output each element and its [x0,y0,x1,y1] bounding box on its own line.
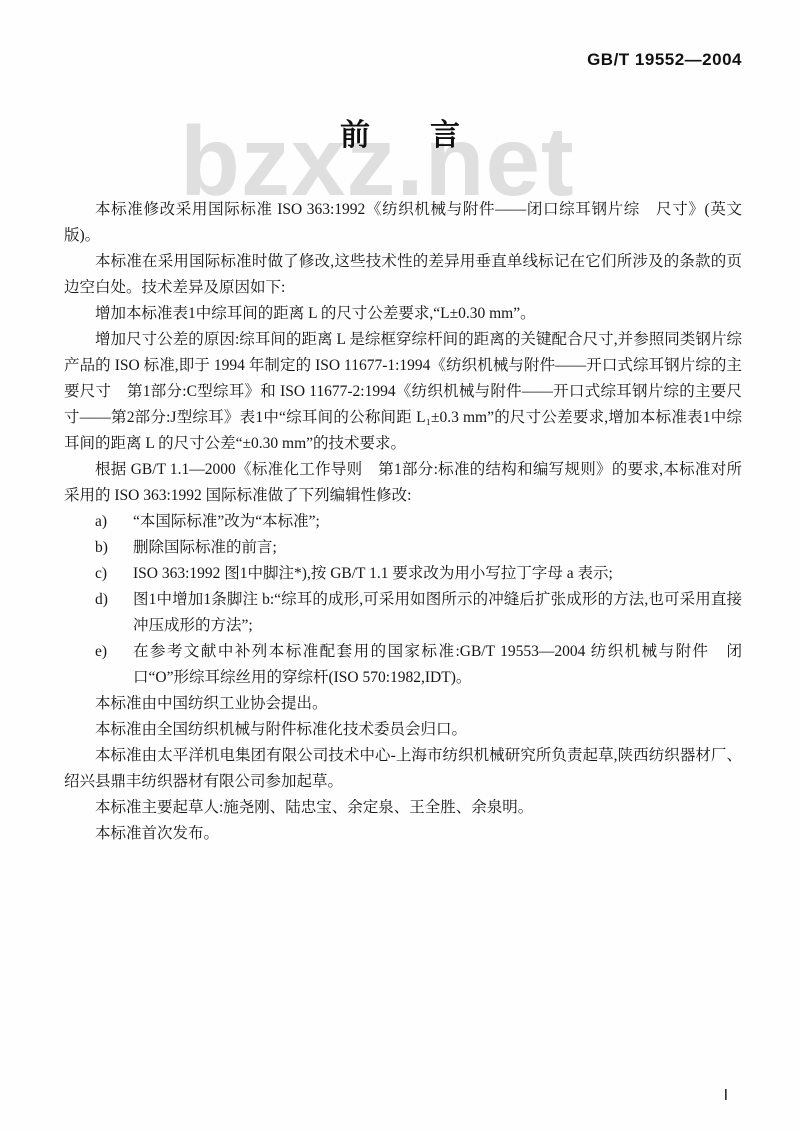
foreword-body: 本标准修改采用国际标准 ISO 363:1992《纺织机械与附件——闭口综耳钢片… [64,197,742,847]
paragraph-centralized-by: 本标准由全国纺织机械与附件标准化技术委员会归口。 [64,717,742,743]
paragraph-modifications: 本标准在采用国际标准时做了修改,这些技术性的差异用垂直单线标记在它们所涉及的条款… [64,249,742,301]
paragraph-drafters: 本标准主要起草人:施尧刚、陆忠宝、余定泉、王全胜、余泉明。 [64,795,742,821]
page-number: Ⅰ [724,1086,728,1105]
paragraph-drafting-organizations: 本标准由太平洋机电集团有限公司技术中心-上海市纺织机械研究所负责起草,陕西纺织器… [64,743,742,795]
list-item-text: 在参考文献中补列本标准配套用的国家标准:GB/T 19553—2004 纺织机械… [133,639,742,691]
standard-code: GB/T 19552—2004 [587,50,742,70]
list-item-text: 删除国际标准的前言; [133,535,742,561]
paragraph-first-issue: 本标准首次发布。 [64,821,742,847]
document-page: bzxz.net GB/T 19552—2004 前 言 本标准修改采用国际标准… [0,0,800,1131]
list-item: d) 图1中增加1条脚注 b:“综耳的成形,可采用如图所示的冲缝后扩张成形的方法… [64,587,742,639]
list-item: b) 删除国际标准的前言; [64,535,742,561]
list-marker: b) [95,535,133,561]
paragraph-proposed-by: 本标准由中国纺织工业协会提出。 [64,691,742,717]
list-item: e) 在参考文献中补列本标准配套用的国家标准:GB/T 19553—2004 纺… [64,639,742,691]
page-title: 前 言 [0,110,800,154]
list-marker: e) [95,639,133,691]
list-item-text: ISO 363:1992 图1中脚注*),按 GB/T 1.1 要求改为用小写拉… [133,561,742,587]
paragraph-tolerance-requirement: 增加本标准表1中综耳间的距离 L 的尺寸公差要求,“L±0.30 mm”。 [64,301,742,327]
list-marker: c) [95,561,133,587]
list-marker: a) [95,509,133,535]
editorial-changes-list: a) “本国际标准”改为“本标准”; b) 删除国际标准的前言; c) ISO … [64,509,742,691]
list-item-text: “本国际标准”改为“本标准”; [133,509,742,535]
list-item: a) “本国际标准”改为“本标准”; [64,509,742,535]
paragraph-editorial-intro: 根据 GB/T 1.1—2000《标准化工作导则 第1部分:标准的结构和编写规则… [64,457,742,509]
paragraph-tolerance-reason: 增加尺寸公差的原因:综耳间的距离 L 是综框穿综杆间的距离的关键配合尺寸,并参照… [64,327,742,457]
list-item-text: 图1中增加1条脚注 b:“综耳的成形,可采用如图所示的冲缝后扩张成形的方法,也可… [133,587,742,639]
list-item: c) ISO 363:1992 图1中脚注*),按 GB/T 1.1 要求改为用… [64,561,742,587]
paragraph-adoption: 本标准修改采用国际标准 ISO 363:1992《纺织机械与附件——闭口综耳钢片… [64,197,742,249]
list-marker: d) [95,587,133,639]
